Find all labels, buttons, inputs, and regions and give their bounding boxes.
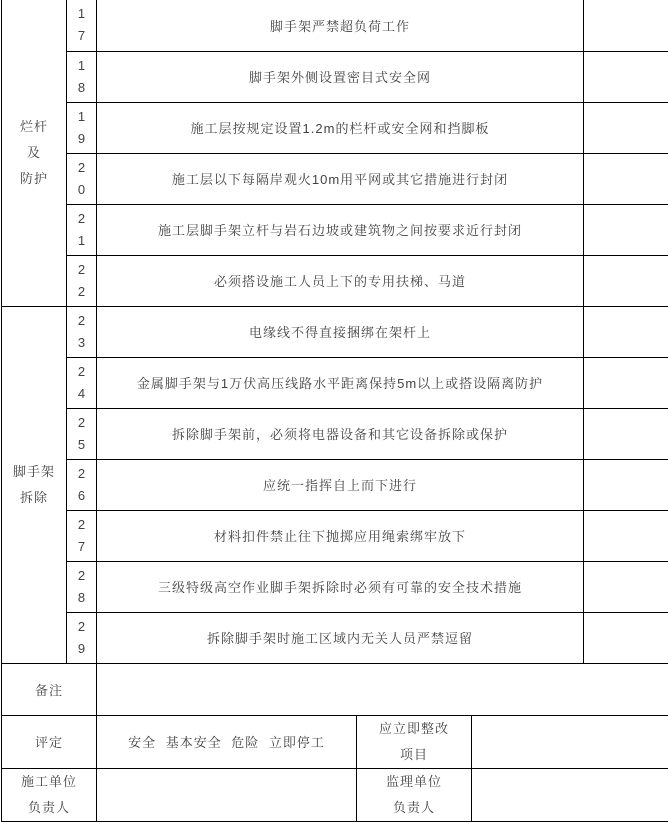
- item-number-digit: 1: [67, 3, 96, 25]
- check-result-cell: [584, 153, 668, 204]
- category-label-line: 防护: [2, 166, 66, 192]
- item-number-cell: 2 5: [67, 408, 97, 459]
- category-label-line: 及: [2, 140, 66, 166]
- supervisor-leader-signature-cell: [472, 768, 668, 821]
- checklist-row: 1 8 脚手架外侧设置密目式安全网: [2, 51, 668, 102]
- category-cell-scaffold-removal: 脚手架 拆除: [2, 306, 67, 663]
- item-number-cell: 2 1: [67, 204, 97, 255]
- item-number-digit: 2: [67, 281, 96, 303]
- checklist-row: 2 4 金属脚手架与1万伏高压线路水平距离保持5m以上或搭设隔离防护: [2, 357, 668, 408]
- item-number-cell: 2 9: [67, 612, 97, 663]
- item-text-cell: 必须搭设施工人员上下的专用扶梯、马道: [97, 255, 584, 306]
- item-number-cell: 2 8: [67, 561, 97, 612]
- item-number-digit: 2: [67, 412, 96, 434]
- checklist-row: 脚手架 拆除 2 3 电缘线不得直接捆绑在架杆上: [2, 306, 668, 357]
- check-result-cell: [584, 51, 668, 102]
- check-result-cell: [584, 459, 668, 510]
- item-number-cell: 2 2: [67, 255, 97, 306]
- item-text-cell: 拆除脚手架时施工区域内无关人员严禁逗留: [97, 612, 584, 663]
- item-number-cell: 2 3: [67, 306, 97, 357]
- checklist-row: 2 2 必须搭设施工人员上下的专用扶梯、马道: [2, 255, 668, 306]
- item-number-digit: 2: [67, 259, 96, 281]
- item-text-cell: 施工层以下每隔岸观火10m用平网或其它措施进行封闭: [97, 153, 584, 204]
- rectify-items-value-cell: [472, 715, 668, 768]
- check-result-cell: [584, 0, 668, 51]
- item-number-digit: 5: [67, 434, 96, 456]
- item-number-digit: 1: [67, 55, 96, 77]
- item-number-digit: 2: [67, 361, 96, 383]
- category-label-line: 烂杆: [2, 114, 66, 140]
- checklist-row: 2 0 施工层以下每隔岸观火10m用平网或其它措施进行封闭: [2, 153, 668, 204]
- checklist-row: 2 6 应统一指挥自上而下进行: [2, 459, 668, 510]
- item-text-cell: 材料扣件禁止往下抛掷应用绳索绑牢放下: [97, 510, 584, 561]
- supervisor-leader-label-line: 监理单位: [357, 769, 471, 795]
- item-text-cell: 电缘线不得直接捆绑在架杆上: [97, 306, 584, 357]
- rating-label: 评定: [2, 715, 97, 768]
- check-result-cell: [584, 102, 668, 153]
- item-number-cell: 1 8: [67, 51, 97, 102]
- item-number-digit: 2: [67, 514, 96, 536]
- item-text-cell: 金属脚手架与1万伏高压线路水平距离保持5m以上或搭设隔离防护: [97, 357, 584, 408]
- check-result-cell: [584, 255, 668, 306]
- contractor-leader-label-line: 施工单位: [2, 769, 96, 795]
- check-result-cell: [584, 204, 668, 255]
- item-number-cell: 2 0: [67, 153, 97, 204]
- item-number-digit: 2: [67, 208, 96, 230]
- item-text-cell: 施工层脚手架立杆与岩石边坡或建筑物之间按要求近行封闭: [97, 204, 584, 255]
- rectify-items-label-line: 应立即整改: [357, 716, 471, 742]
- check-result-cell: [584, 357, 668, 408]
- item-number-digit: 2: [67, 616, 96, 638]
- item-text-cell: 施工层按规定设置1.2m的栏杆或安全网和挡脚板: [97, 102, 584, 153]
- item-number-cell: 1 7: [67, 0, 97, 51]
- checklist-row: 1 9 施工层按规定设置1.2m的栏杆或安全网和挡脚板: [2, 102, 668, 153]
- item-number-digit: 9: [67, 128, 96, 150]
- item-number-digit: 2: [67, 310, 96, 332]
- rectify-items-label: 应立即整改 项目: [357, 715, 472, 768]
- rating-options: 安全 基本安全 危险 立即停工: [97, 715, 357, 768]
- rating-row: 评定 安全 基本安全 危险 立即停工 应立即整改 项目: [2, 715, 668, 768]
- item-number-cell: 2 7: [67, 510, 97, 561]
- checklist-row: 2 7 材料扣件禁止往下抛掷应用绳索绑牢放下: [2, 510, 668, 561]
- item-text-cell: 应统一指挥自上而下进行: [97, 459, 584, 510]
- item-text-cell: 拆除脚手架前，必须将电器设备和其它设备拆除或保护: [97, 408, 584, 459]
- item-number-cell: 2 6: [67, 459, 97, 510]
- remarks-label: 备注: [2, 663, 97, 715]
- checklist-row: 烂杆 及 防护 1 7 脚手架严禁超负荷工作: [2, 0, 668, 51]
- item-number-digit: 2: [67, 463, 96, 485]
- contractor-leader-signature-cell: [97, 768, 357, 821]
- item-number-cell: 2 4: [67, 357, 97, 408]
- contractor-leader-label: 施工单位 负责人: [2, 768, 97, 821]
- item-number-digit: 6: [67, 485, 96, 507]
- item-number-digit: 4: [67, 383, 96, 405]
- remarks-value-cell: [97, 663, 668, 715]
- item-number-digit: 2: [67, 565, 96, 587]
- item-number-digit: 1: [67, 106, 96, 128]
- checklist-row: 2 8 三级特级高空作业脚手架拆除时必须有可靠的安全技术措施: [2, 561, 668, 612]
- item-number-digit: 9: [67, 638, 96, 660]
- check-result-cell: [584, 561, 668, 612]
- item-number-digit: 7: [67, 25, 96, 47]
- item-number-digit: 0: [67, 179, 96, 201]
- item-text-cell: 三级特级高空作业脚手架拆除时必须有可靠的安全技术措施: [97, 561, 584, 612]
- category-label-line: 脚手架: [2, 459, 66, 485]
- item-number-digit: 8: [67, 587, 96, 609]
- supervisor-leader-label: 监理单位 负责人: [357, 768, 472, 821]
- checklist-row: 2 1 施工层脚手架立杆与岩石边坡或建筑物之间按要求近行封闭: [2, 204, 668, 255]
- checklist-row: 2 5 拆除脚手架前，必须将电器设备和其它设备拆除或保护: [2, 408, 668, 459]
- checklist-row: 2 9 拆除脚手架时施工区域内无关人员严禁逗留: [2, 612, 668, 663]
- item-text-cell: 脚手架外侧设置密目式安全网: [97, 51, 584, 102]
- item-number-digit: 3: [67, 332, 96, 354]
- item-text-cell: 脚手架严禁超负荷工作: [97, 0, 584, 51]
- check-result-cell: [584, 306, 668, 357]
- item-number-digit: 1: [67, 230, 96, 252]
- check-result-cell: [584, 408, 668, 459]
- remarks-row: 备注: [2, 663, 668, 715]
- item-number-cell: 1 9: [67, 102, 97, 153]
- check-result-cell: [584, 612, 668, 663]
- category-label-line: 拆除: [2, 485, 66, 511]
- safety-checklist-table: 烂杆 及 防护 1 7 脚手架严禁超负荷工作 1 8 脚手架外侧设置密目式安全网…: [1, 0, 668, 822]
- signature-row: 施工单位 负责人 监理单位 负责人: [2, 768, 668, 821]
- item-number-digit: 2: [67, 157, 96, 179]
- check-result-cell: [584, 510, 668, 561]
- item-number-digit: 7: [67, 536, 96, 558]
- category-cell-railing-protection: 烂杆 及 防护: [2, 0, 67, 306]
- item-number-digit: 8: [67, 77, 96, 99]
- rectify-items-label-line: 项目: [357, 742, 471, 768]
